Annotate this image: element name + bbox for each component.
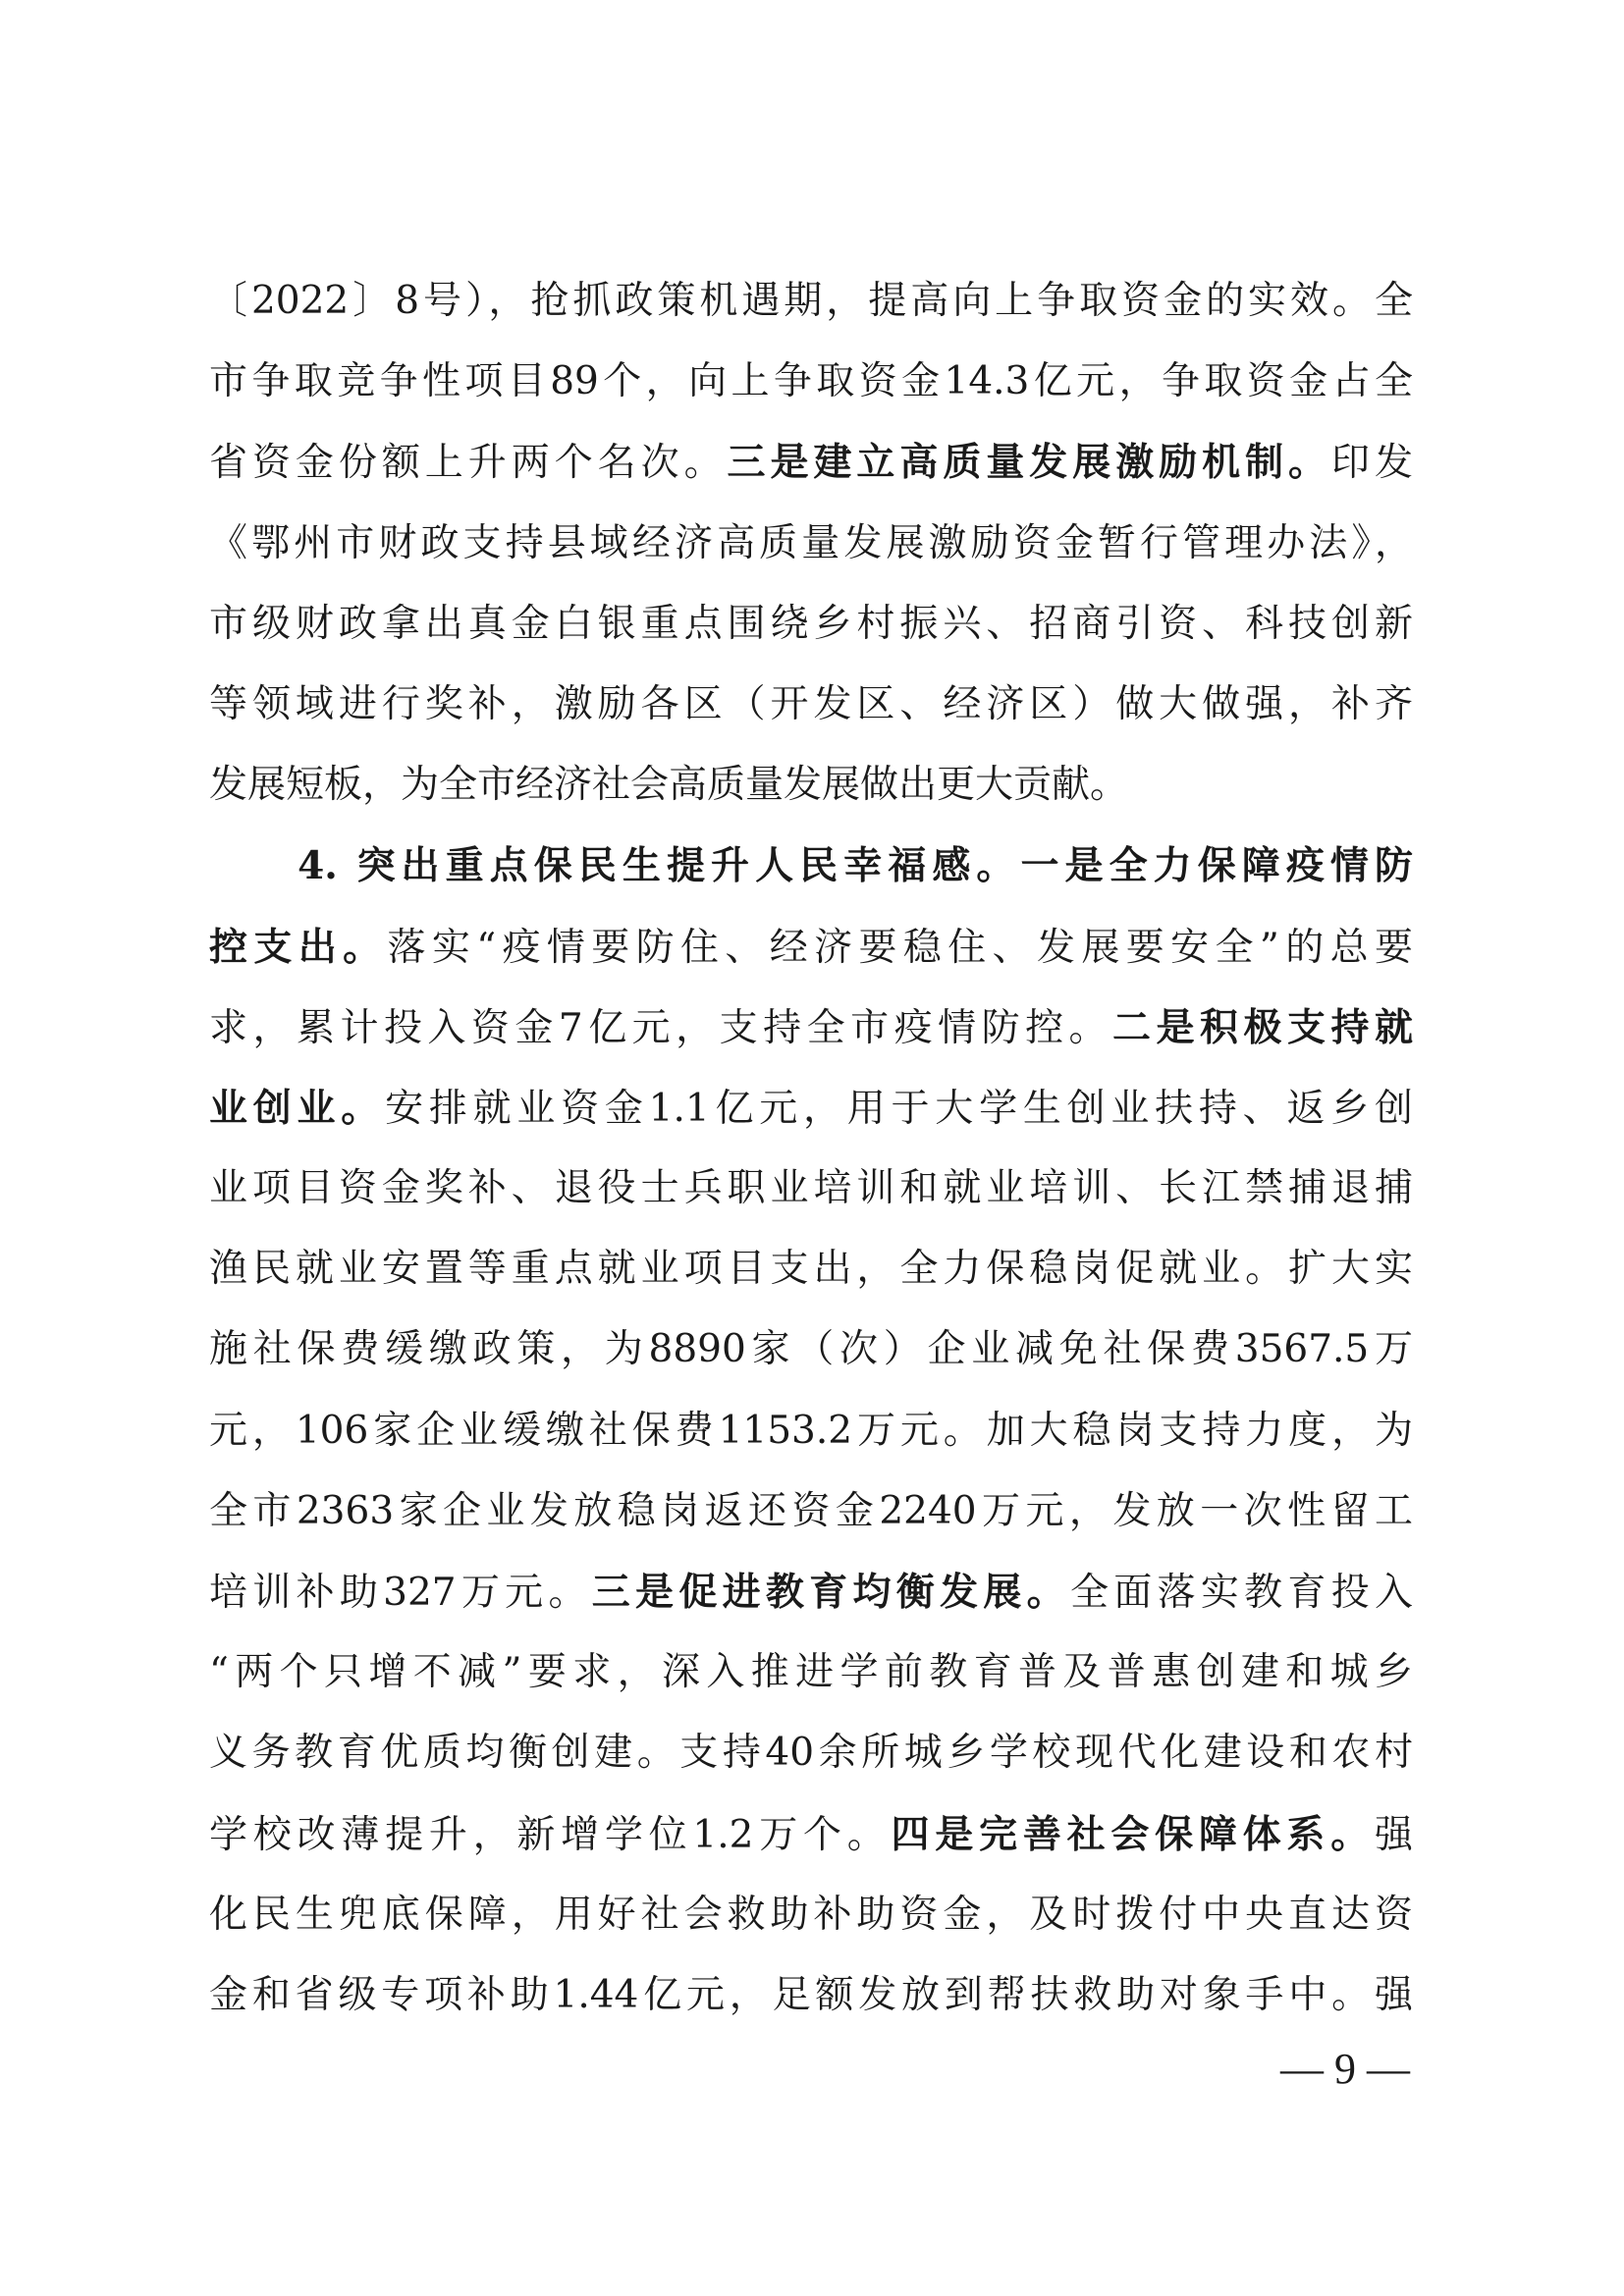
text-line: 业项目资金奖补、退役士兵职业培训和就业培训、长江禁捕退捕 — [209, 1158, 1413, 1239]
bold-heading: 三是促进教育均衡发展。 — [592, 1570, 1070, 1615]
section-heading: 4. 突出重点保民生提升人民幸福感。一是全力保障疫情防 — [209, 843, 1413, 888]
text-segment: 强 — [1375, 1813, 1413, 1857]
text-segment: 等领域进行奖补，激励各区（开发区、经济区）做大做强，补齐 — [209, 682, 1413, 726]
text-segment: 施社保费缓缴政策，为8890家（次）企业减免社保费3567.5万 — [209, 1327, 1413, 1371]
bold-heading: 控支出。 — [209, 925, 388, 970]
text-segment: 元，106家企业缓缴社保费1153.2万元。加大稳岗支持力度，为 — [209, 1409, 1413, 1453]
text-line: 等领域进行奖补，激励各区（开发区、经济区）做大做强，补齐 — [209, 674, 1413, 755]
text-line: “两个只增不减”要求，深入推进学前教育普及普惠创建和城乡 — [209, 1642, 1413, 1723]
text-segment: 市级财政拿出真金白银重点围绕乡村振兴、招商引资、科技创新 — [209, 602, 1413, 646]
text-line: 〔2022〕8号），抢抓政策机遇期，提高向上争取资金的实效。全 — [209, 271, 1413, 351]
text-segment: 《鄂州市财政支持县域经济高质量发展激励资金暂行管理办法》， — [209, 521, 1413, 565]
text-segment: 求，累计投入资金7亿元，支持全市疫情防控。 — [209, 1006, 1112, 1050]
text-line: 学校改薄提升，新增学位1.2万个。四是完善社会保障体系。强 — [209, 1804, 1413, 1885]
text-line: 渔民就业安置等重点就业项目支出，全力保稳岗促就业。扩大实 — [209, 1239, 1413, 1319]
text-line: 义务教育优质均衡创建。支持40余所城乡学校现代化建设和农村 — [209, 1723, 1413, 1803]
bold-heading: 三是建立高质量发展激励机制。 — [728, 440, 1331, 485]
text-segment: 培训补助327万元。 — [209, 1571, 592, 1615]
text-segment: 学校改薄提升，新增学位1.2万个。 — [209, 1813, 892, 1857]
section-heading-line: 4. 突出重点保民生提升人民幸福感。一是全力保障疫情防 — [209, 835, 1413, 916]
text-segment: 省资金份额上升两个名次。 — [209, 441, 728, 485]
text-line: 施社保费缓缴政策，为8890家（次）企业减免社保费3567.5万 — [209, 1319, 1413, 1400]
body-text: 〔2022〕8号），抢抓政策机遇期，提高向上争取资金的实效。全 市争取竞争性项目… — [209, 271, 1413, 2046]
text-segment: 化民生兜底保障，用好社会救助补助资金，及时拨付中央直达资 — [209, 1893, 1413, 1937]
document-page: 〔2022〕8号），抢抓政策机遇期，提高向上争取资金的实效。全 市争取竞争性项目… — [0, 0, 1624, 2296]
bold-heading: 二是积极支持就 — [1112, 1005, 1413, 1050]
text-line: 业创业。安排就业资金1.1亿元，用于大学生创业扶持、返乡创 — [209, 1078, 1413, 1158]
text-line: 省资金份额上升两个名次。三是建立高质量发展激励机制。印发 — [209, 432, 1413, 512]
bold-heading: 四是完善社会保障体系。 — [892, 1812, 1375, 1857]
text-line: 市争取竞争性项目89个，向上争取资金14.3亿元，争取资金占全 — [209, 351, 1413, 432]
text-segment: 印发 — [1331, 441, 1413, 485]
text-line: 市级财政拿出真金白银重点围绕乡村振兴、招商引资、科技创新 — [209, 594, 1413, 674]
text-segment: 安排就业资金1.1亿元，用于大学生创业扶持、返乡创 — [385, 1087, 1413, 1131]
text-line: 元，106家企业缓缴社保费1153.2万元。加大稳岗支持力度，为 — [209, 1401, 1413, 1481]
text-line: 发展短板，为全市经济社会高质量发展做出更大贡献。 — [209, 755, 1413, 835]
text-segment: 市争取竞争性项目89个，向上争取资金14.3亿元，争取资金占全 — [209, 359, 1413, 403]
text-segment: 业项目资金奖补、退役士兵职业培训和就业培训、长江禁捕退捕 — [209, 1166, 1413, 1210]
text-segment: 全市2363家企业发放稳岗返还资金2240万元，发放一次性留工 — [209, 1489, 1413, 1533]
text-segment: 落实“疫情要防住、经济要稳住、发展要安全”的总要 — [388, 926, 1413, 970]
text-segment: 金和省级专项补助1.44亿元，足额发放到帮扶救助对象手中。强 — [209, 1973, 1413, 2017]
text-line: 全市2363家企业发放稳岗返还资金2240万元，发放一次性留工 — [209, 1481, 1413, 1562]
text-line: 培训补助327万元。三是促进教育均衡发展。全面落实教育投入 — [209, 1562, 1413, 1642]
text-segment: 〔2022〕8号），抢抓政策机遇期，提高向上争取资金的实效。全 — [209, 279, 1413, 323]
text-segment: 全面落实教育投入 — [1070, 1571, 1413, 1615]
text-segment: “两个只增不减”要求，深入推进学前教育普及普惠创建和城乡 — [209, 1650, 1413, 1694]
text-segment: 渔民就业安置等重点就业项目支出，全力保稳岗促就业。扩大实 — [209, 1247, 1413, 1291]
text-line: 《鄂州市财政支持县域经济高质量发展激励资金暂行管理办法》， — [209, 513, 1413, 594]
text-segment: 发展短板，为全市经济社会高质量发展做出更大贡献。 — [209, 763, 1128, 807]
text-line: 控支出。落实“疫情要防住、经济要稳住、发展要安全”的总要 — [209, 917, 1413, 997]
text-line: 求，累计投入资金7亿元，支持全市疫情防控。二是积极支持就 — [209, 997, 1413, 1078]
page-number: — 9 — — [1276, 2044, 1414, 2095]
text-line: 金和省级专项补助1.44亿元，足额发放到帮扶救助对象手中。强 — [209, 1965, 1413, 2046]
text-line: 化民生兜底保障，用好社会救助补助资金，及时拨付中央直达资 — [209, 1885, 1413, 1965]
text-segment: 义务教育优质均衡创建。支持40余所城乡学校现代化建设和农村 — [209, 1731, 1413, 1775]
bold-heading: 业创业。 — [209, 1086, 385, 1131]
